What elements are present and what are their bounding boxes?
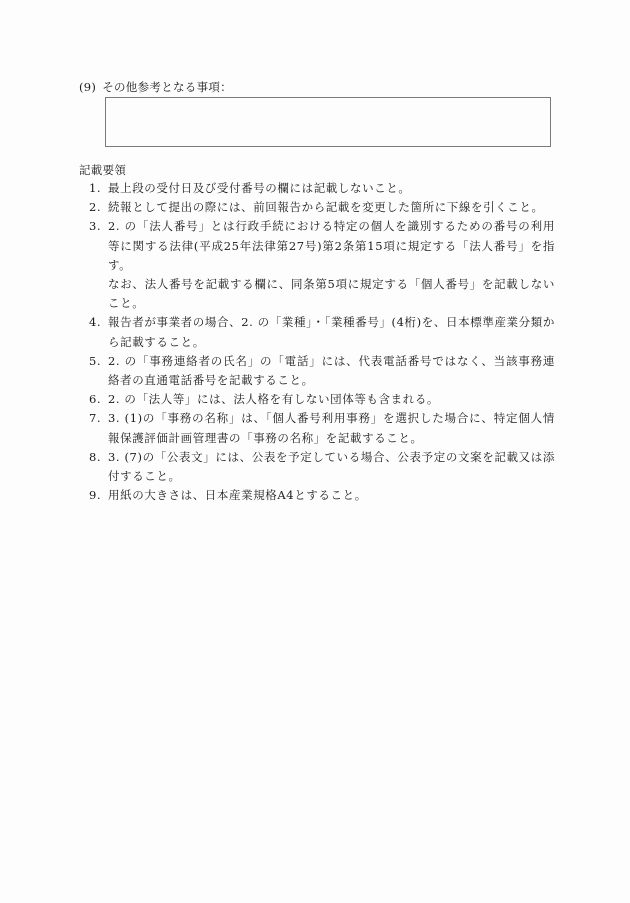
guideline-item-4: 4. 報告者が事業者の場合、2. の「業種」・「業種番号」(4桁)を、日本標準産… bbox=[89, 313, 555, 351]
guideline-line: 最上段の受付日及び受付番号の欄には記載しないこと。 bbox=[108, 179, 555, 198]
guideline-text: 報告者が事業者の場合、2. の「業種」・「業種番号」(4桁)を、日本標準産業分類… bbox=[108, 313, 555, 351]
guideline-text: 最上段の受付日及び受付番号の欄には記載しないこと。 bbox=[108, 179, 555, 198]
other-reference-matters-field[interactable] bbox=[105, 97, 551, 147]
guideline-line: 2. の「法人等」には、法人格を有しない団体等も含まれる。 bbox=[108, 390, 555, 409]
guideline-number: 9. bbox=[89, 486, 108, 505]
guideline-number: 5. bbox=[89, 352, 108, 390]
guideline-number: 1. bbox=[89, 179, 108, 198]
guideline-line: 3. (7)の「公表文」には、公表を予定している場合、公表予定の文案を記載又は添… bbox=[108, 448, 555, 486]
guideline-text: 続報として提出の際には、前回報告から記載を変更した箇所に下線を引くこと。 bbox=[108, 198, 555, 217]
guideline-line: なお、法人番号を記載する欄に、同条第5項に規定する「個人番号」を記載しないこと。 bbox=[108, 275, 555, 313]
guideline-text: 2. の「法人番号」とは行政手続における特定の個人を識別するための番号の利用等に… bbox=[108, 217, 555, 313]
guideline-item-2: 2. 続報として提出の際には、前回報告から記載を変更した箇所に下線を引くこと。 bbox=[89, 198, 555, 217]
guideline-number: 8. bbox=[89, 448, 108, 486]
guideline-line: 報告者が事業者の場合、2. の「業種」・「業種番号」(4桁)を、日本標準産業分類… bbox=[108, 313, 555, 351]
section-9-number: (9) bbox=[79, 80, 96, 94]
guideline-text: 用紙の大きさは、日本産業規格A4とすること。 bbox=[108, 486, 555, 505]
guideline-item-1: 1. 最上段の受付日及び受付番号の欄には記載しないこと。 bbox=[89, 179, 555, 198]
guideline-text: 2. の「法人等」には、法人格を有しない団体等も含まれる。 bbox=[108, 390, 555, 409]
guideline-line: 用紙の大きさは、日本産業規格A4とすること。 bbox=[108, 486, 555, 505]
guideline-number: 7. bbox=[89, 409, 108, 447]
guideline-item-7: 7. 3. (1)の「事務の名称」は、「個人番号利用事務」を選択した場合に、特定… bbox=[89, 409, 555, 447]
guidelines-list: 1. 最上段の受付日及び受付番号の欄には記載しないこと。 2. 続報として提出の… bbox=[89, 179, 555, 505]
guideline-line: 続報として提出の際には、前回報告から記載を変更した箇所に下線を引くこと。 bbox=[108, 198, 555, 217]
guideline-number: 2. bbox=[89, 198, 108, 217]
guideline-number: 3. bbox=[89, 217, 108, 313]
guidelines-heading: 記載要領 bbox=[79, 162, 126, 178]
guideline-number: 4. bbox=[89, 313, 108, 351]
guideline-item-8: 8. 3. (7)の「公表文」には、公表を予定している場合、公表予定の文案を記載… bbox=[89, 448, 555, 486]
guideline-text: 2. の「事務連絡者の氏名」の「電話」には、代表電話番号ではなく、当該事務連絡者… bbox=[108, 352, 555, 390]
document-page: (9)その他参考となる事項： 記載要領 1. 最上段の受付日及び受付番号の欄には… bbox=[0, 0, 630, 903]
guideline-text: 3. (7)の「公表文」には、公表を予定している場合、公表予定の文案を記載又は添… bbox=[108, 448, 555, 486]
guideline-item-6: 6. 2. の「法人等」には、法人格を有しない団体等も含まれる。 bbox=[89, 390, 555, 409]
guideline-line: 2. の「法人番号」とは行政手続における特定の個人を識別するための番号の利用等に… bbox=[108, 217, 555, 275]
guideline-text: 3. (1)の「事務の名称」は、「個人番号利用事務」を選択した場合に、特定個人情… bbox=[108, 409, 555, 447]
section-9-title: その他参考となる事項： bbox=[102, 80, 232, 94]
guideline-number: 6. bbox=[89, 390, 108, 409]
guideline-item-3: 3. 2. の「法人番号」とは行政手続における特定の個人を識別するための番号の利… bbox=[89, 217, 555, 313]
section-9-label: (9)その他参考となる事項： bbox=[79, 79, 232, 95]
guideline-line: 3. (1)の「事務の名称」は、「個人番号利用事務」を選択した場合に、特定個人情… bbox=[108, 409, 555, 447]
guideline-line: 2. の「事務連絡者の氏名」の「電話」には、代表電話番号ではなく、当該事務連絡者… bbox=[108, 352, 555, 390]
guideline-item-9: 9. 用紙の大きさは、日本産業規格A4とすること。 bbox=[89, 486, 555, 505]
guideline-item-5: 5. 2. の「事務連絡者の氏名」の「電話」には、代表電話番号ではなく、当該事務… bbox=[89, 352, 555, 390]
